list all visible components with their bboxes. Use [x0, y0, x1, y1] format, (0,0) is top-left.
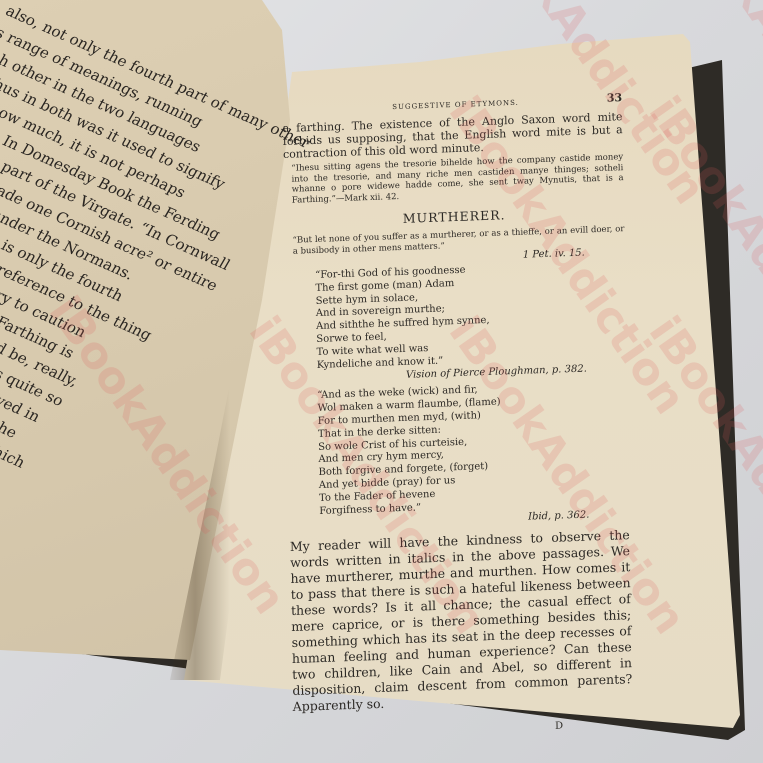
right-page-text: SUGGESTIVE OF ETYMONS. 33 a farthing. Th…	[282, 80, 633, 743]
running-head: SUGGESTIVE OF ETYMONS.	[392, 96, 519, 114]
verse-2: “And as the weke (wick) and fir, Wol mak…	[317, 380, 629, 519]
verse-1: “For-thi God of his goodnesse The first …	[315, 259, 627, 372]
page-number: 33	[607, 91, 623, 106]
closing-paragraph: My reader will have the kindness to obse…	[290, 527, 633, 715]
bible-quote: “Ihesu sitting agens the tresorie biheld…	[291, 152, 624, 206]
